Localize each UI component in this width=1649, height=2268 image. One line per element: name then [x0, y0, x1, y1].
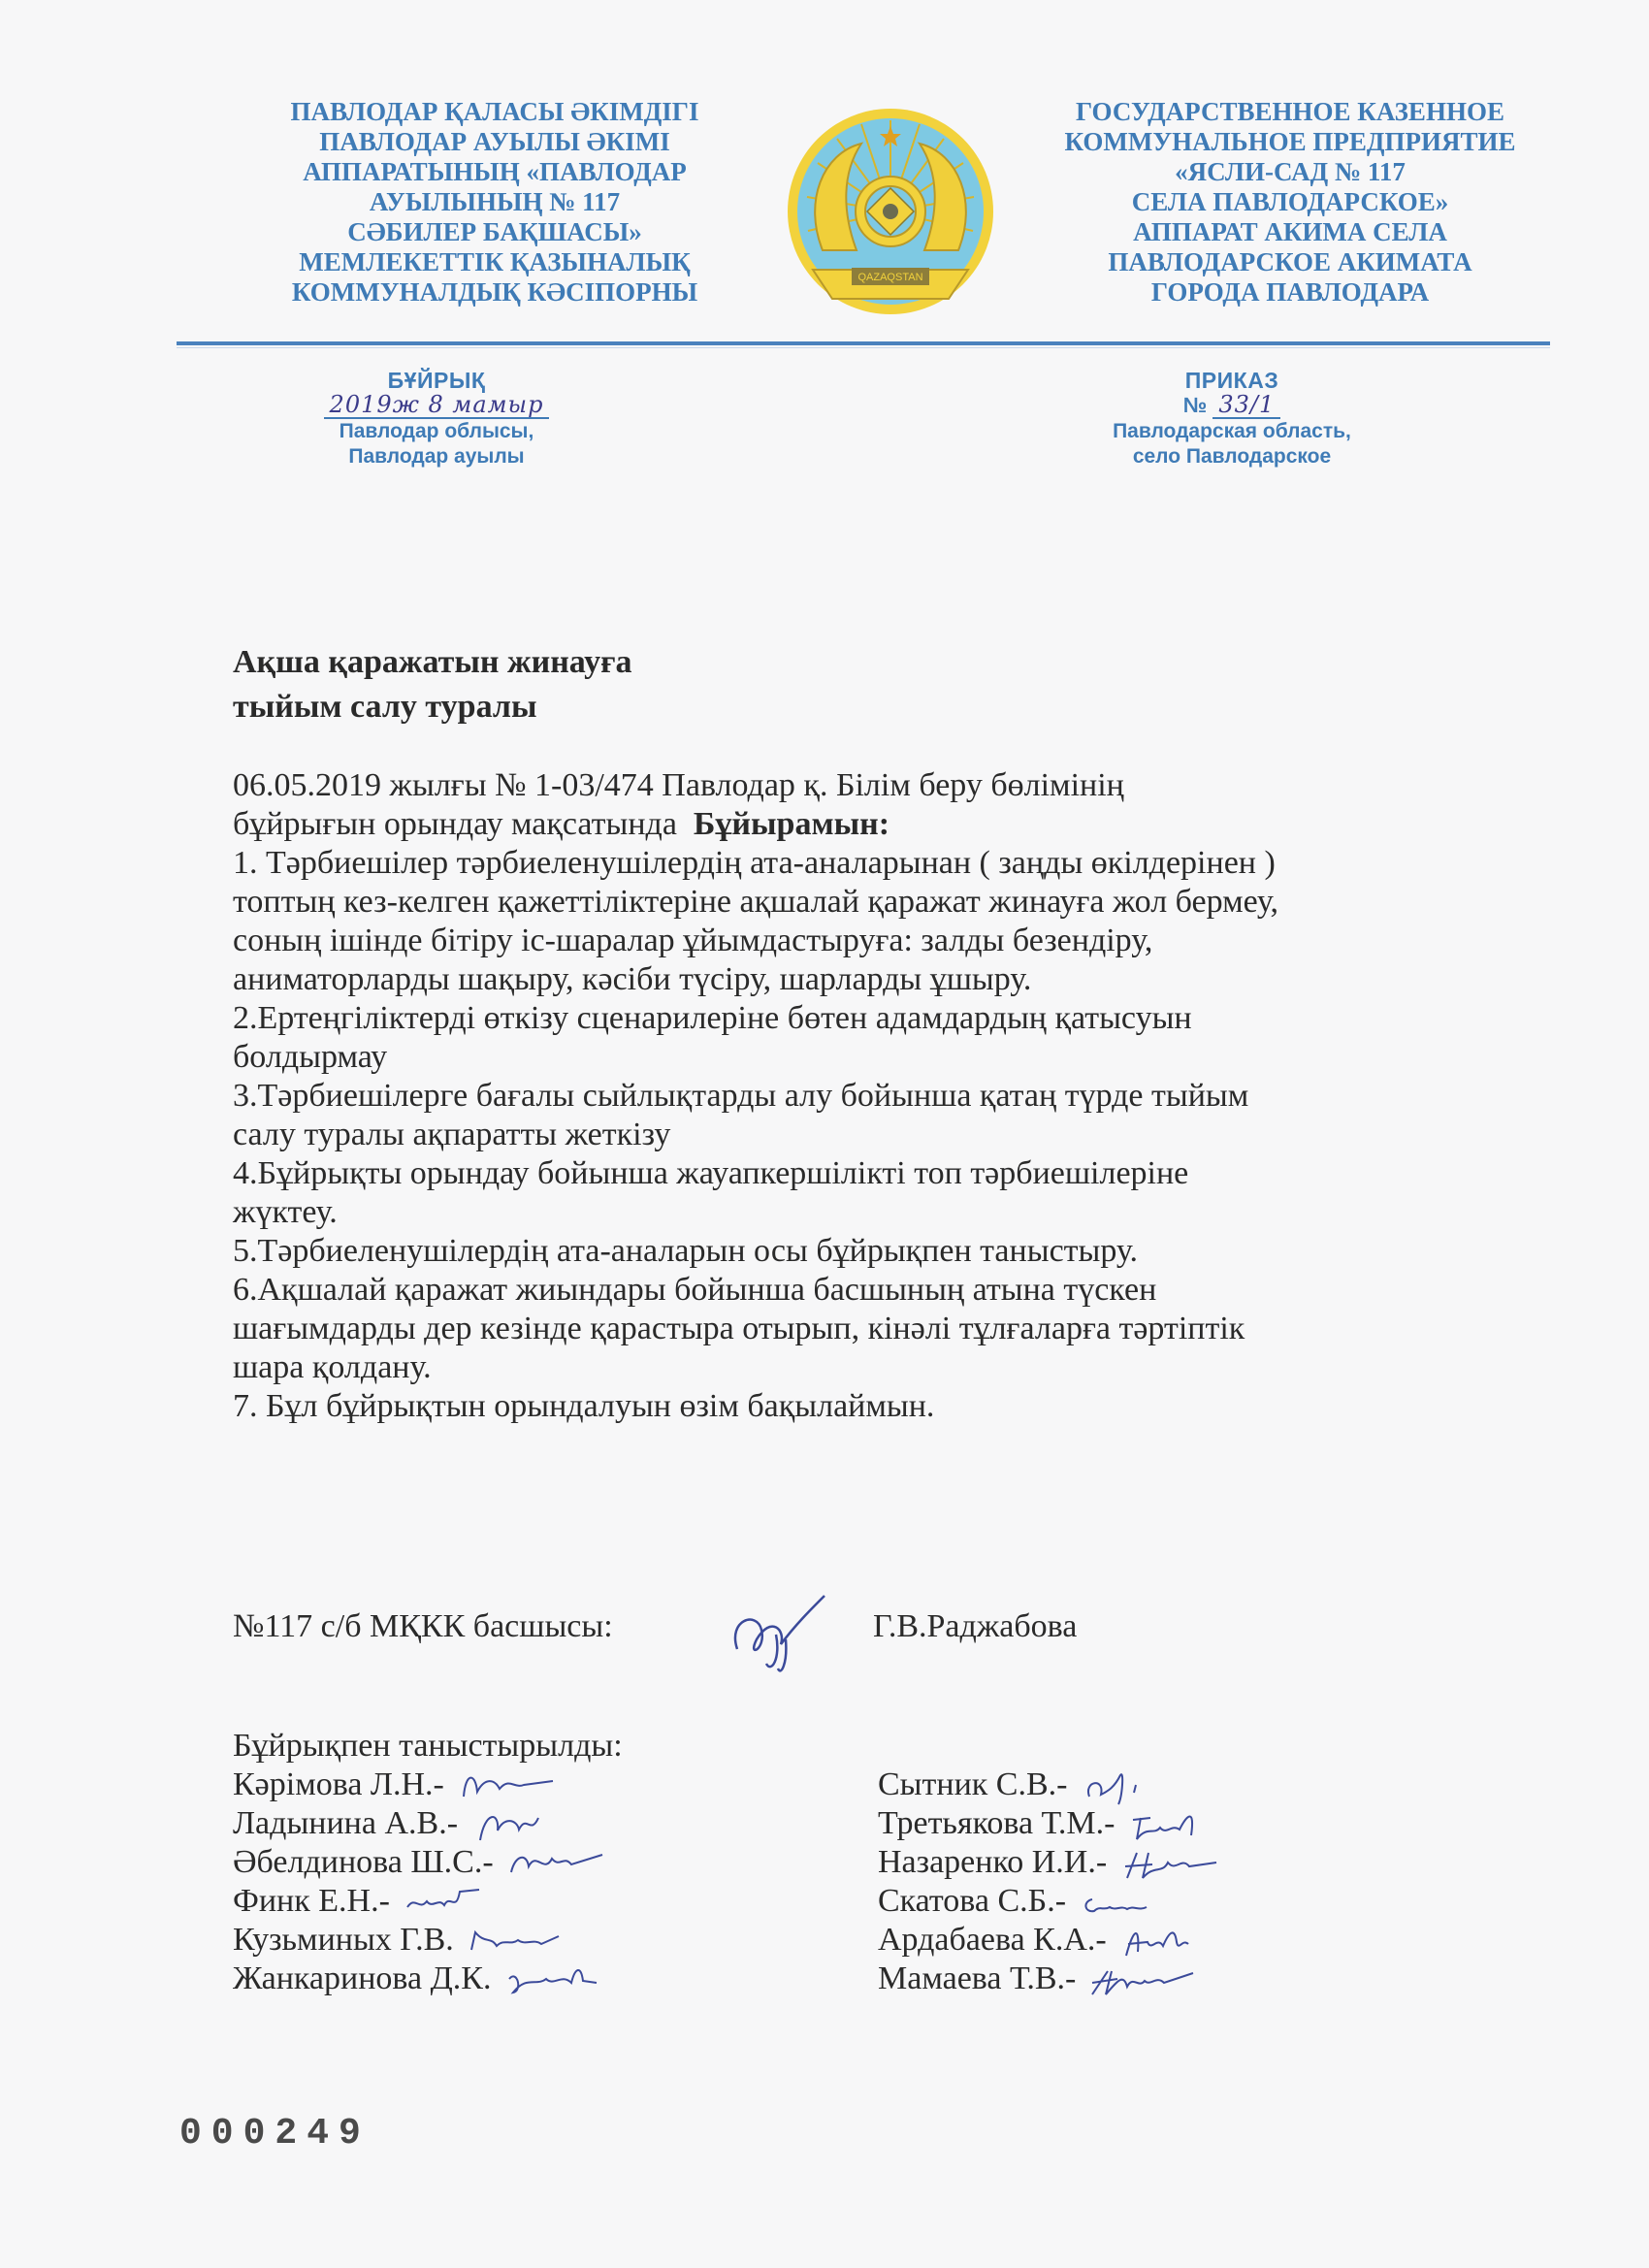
- order-block-kazakh: БҰЙРЫҚ 2019ж 8 мамыр Павлодар облысы, Па…: [291, 369, 582, 470]
- signature-icon: [718, 1591, 844, 1678]
- order-block-russian: ПРИКАЗ № 33/1 Павлодарская область, село…: [1086, 369, 1377, 470]
- item-line: 1. Тәрбиешілер тәрбиеленушілердің ата-ан…: [233, 844, 1513, 883]
- letterhead-line: ГОРОДА ПАВЛОДАРА: [999, 277, 1581, 308]
- staff-name: Финк Е.Н.-: [233, 1883, 390, 1919]
- staff-name: Кузьминых Г.В.: [233, 1922, 454, 1958]
- director-name: Г.В.Раджабова: [873, 1608, 1077, 1645]
- item-line: топтың кез-келген қажеттіліктеріне ақшал…: [233, 883, 1513, 922]
- signature-icon: [466, 1923, 572, 1961]
- director-title: №117 с/б МҚКК басшысы:: [233, 1608, 613, 1645]
- letterhead-line: АППАРАТЫНЫҢ «ПАВЛОДАР: [223, 157, 766, 187]
- letterhead-line: ПАВЛОДАР ҚАЛАСЫ ӘКІМДІГІ: [223, 97, 766, 127]
- document-title: Ақша қаражатын жинауға тыйым салу туралы: [233, 640, 1513, 729]
- item-line: шара қолдану.: [233, 1348, 1513, 1387]
- signature-icon: [1080, 1767, 1186, 1806]
- order-title: БҰЙРЫҚ: [291, 369, 582, 393]
- staff-name: Третьякова Т.М.-: [878, 1805, 1115, 1841]
- item-line: 6.Ақшалай қаражат жиындары бойынша басшы…: [233, 1271, 1513, 1310]
- letterhead-russian: ГОСУДАРСТВЕННОЕ КАЗЕННОЕ КОММУНАЛЬНОЕ ПР…: [999, 97, 1581, 308]
- svg-text:QAZAQSTAN: QAZAQSTAN: [857, 272, 922, 283]
- item-line: 4.Бұйрықты орындау бойынша жауапкершілік…: [233, 1154, 1513, 1193]
- acknowledgement-entry: Третьякова Т.М.-: [878, 1804, 1479, 1843]
- item-line: шағымдарды дер кезінде қарастыра отырып,…: [233, 1310, 1513, 1348]
- signature-icon: [503, 1961, 610, 2000]
- state-emblem-icon: QAZAQSTAN: [784, 105, 997, 318]
- signature-icon: [505, 1845, 612, 1884]
- letterhead-line: ПАВЛОДАР АУЫЛЫ ӘКІМІ: [223, 127, 766, 157]
- letterhead-line: АУЫЛЫНЫҢ № 117: [223, 187, 766, 217]
- document-title-line: тыйым салу туралы: [233, 685, 1513, 729]
- document-title-line: Ақша қаражатын жинауға: [233, 640, 1513, 685]
- intro-command: Бұйырамын:: [694, 806, 889, 842]
- staff-name: Кәрімова Л.Н.-: [233, 1766, 444, 1802]
- letterhead-divider-thin: [177, 347, 1550, 348]
- item-line: 2.Ертеңгіліктерді өткізу сценарилеріне б…: [233, 999, 1513, 1038]
- intro-line: 06.05.2019 жылғы № 1-03/474 Павлодар қ. …: [233, 766, 1513, 805]
- letterhead-kazakh: ПАВЛОДАР ҚАЛАСЫ ӘКІМДІГІ ПАВЛОДАР АУЫЛЫ …: [223, 97, 766, 308]
- acknowledgement-entry: Жанкаринова Д.К.: [233, 1960, 834, 1998]
- signature-icon: [1088, 1961, 1195, 2000]
- letterhead-line: МЕМЛЕКЕТТІК ҚАЗЫНАЛЫҚ: [223, 247, 766, 277]
- serial-number: 000249: [179, 2113, 371, 2155]
- intro-line: бұйрығын орындау мақсатында: [233, 806, 677, 842]
- item-line: болдырмау: [233, 1038, 1513, 1077]
- item-line: салу туралы ақпаратты жеткізу: [233, 1116, 1513, 1154]
- letterhead-line: КОММУНАЛДЫҚ КӘСІПОРНЫ: [223, 277, 766, 308]
- order-place-line: село Павлодарское: [1086, 444, 1377, 470]
- signature-icon: [470, 1806, 577, 1845]
- staff-name: Сытник С.В.-: [878, 1766, 1067, 1802]
- item-line: жүктеу.: [233, 1193, 1513, 1232]
- acknowledgement-entry: Мамаева Т.В.-: [878, 1960, 1479, 1998]
- item-line: аниматорларды шақыру, кәсіби түсіру, шар…: [233, 960, 1513, 999]
- order-place-line: Павлодар ауылы: [291, 444, 582, 470]
- letterhead-line: КОММУНАЛЬНОЕ ПРЕДПРИЯТИЕ: [999, 127, 1581, 157]
- item-line: 5.Тәрбиеленушілердің ата-аналарын осы бұ…: [233, 1232, 1513, 1271]
- order-title: ПРИКАЗ: [1086, 369, 1377, 393]
- item-line: 3.Тәрбиешілерге бағалы сыйлықтарды алу б…: [233, 1077, 1513, 1116]
- acknowledgement-entry: Әбелдинова Ш.С.-: [233, 1843, 834, 1882]
- order-place-line: Павлодар облысы,: [291, 419, 582, 444]
- signature-icon: [1127, 1806, 1234, 1845]
- acknowledgement-entry: Кәрімова Л.Н.-: [233, 1766, 834, 1804]
- acknowledgement-entry: Финк Е.Н.-: [233, 1882, 834, 1921]
- staff-name: Скатова С.Б.-: [878, 1883, 1066, 1919]
- director-signature-row: №117 с/б МҚКК басшысы: Г.В.Раджабова: [233, 1601, 1300, 1678]
- staff-name: Мамаева Т.В.-: [878, 1960, 1076, 1996]
- acknowledgement-entry: Ладынина А.В.-: [233, 1804, 834, 1843]
- order-number-prefix: №: [1183, 393, 1208, 417]
- staff-name: Назаренко И.И.-: [878, 1844, 1107, 1880]
- letterhead-line: ГОСУДАРСТВЕННОЕ КАЗЕННОЕ: [999, 97, 1581, 127]
- signature-icon: [456, 1767, 563, 1806]
- order-date-handwritten: 2019ж 8 мамыр: [324, 393, 550, 419]
- staff-name: Әбелдинова Ш.С.-: [233, 1844, 494, 1880]
- acknowledgement-entry: Сытник С.В.-: [878, 1766, 1479, 1804]
- letterhead-divider: [177, 341, 1550, 345]
- letterhead-line: АППАРАТ АКИМА СЕЛА: [999, 217, 1581, 247]
- order-number-handwritten: 33/1: [1212, 393, 1280, 419]
- item-line: соның ішінде бітіру іс-шаралар ұйымдасты…: [233, 922, 1513, 960]
- acknowledgement-list-left: Бұйрықпен таныстырылды: Кәрімова Л.Н.- Л…: [233, 1727, 834, 1998]
- letterhead-line: СӘБИЛЕР БАҚШАСЫ»: [223, 217, 766, 247]
- letterhead-line: ПАВЛОДАРСКОЕ АКИМАТА: [999, 247, 1581, 277]
- staff-name: Ардабаева К.А.-: [878, 1922, 1107, 1958]
- document-intro: 06.05.2019 жылғы № 1-03/474 Павлодар қ. …: [233, 766, 1513, 844]
- acknowledgement-entry: Назаренко И.И.-: [878, 1843, 1479, 1882]
- order-place-line: Павлодарская область,: [1086, 419, 1377, 444]
- acknowledgement-entry: Кузьминых Г.В.: [233, 1921, 834, 1960]
- item-line: 7. Бұл бұйрықтын орындалуын өзім бақылай…: [233, 1387, 1513, 1426]
- signature-icon: [402, 1884, 508, 1923]
- letterhead-line: СЕЛА ПАВЛОДАРСКОЕ»: [999, 187, 1581, 217]
- letterhead-line: «ЯСЛИ-САД № 117: [999, 157, 1581, 187]
- signature-icon: [1079, 1884, 1185, 1923]
- document-items: 1. Тәрбиешілер тәрбиеленушілердің ата-ан…: [233, 844, 1513, 1426]
- acknowledgement-list-right: Сытник С.В.- Третьякова Т.М.- Назаренко …: [878, 1727, 1479, 1998]
- acknowledgement-entry: Ардабаева К.А.-: [878, 1921, 1479, 1960]
- staff-name: Жанкаринова Д.К.: [233, 1960, 491, 1996]
- acknowledgement-heading: Бұйрықпен таныстырылды:: [233, 1727, 834, 1766]
- signature-icon: [1118, 1923, 1225, 1961]
- acknowledgement-entry: Скатова С.Б.-: [878, 1882, 1479, 1921]
- signature-icon: [1119, 1845, 1226, 1884]
- staff-name: Ладынина А.В.-: [233, 1805, 458, 1841]
